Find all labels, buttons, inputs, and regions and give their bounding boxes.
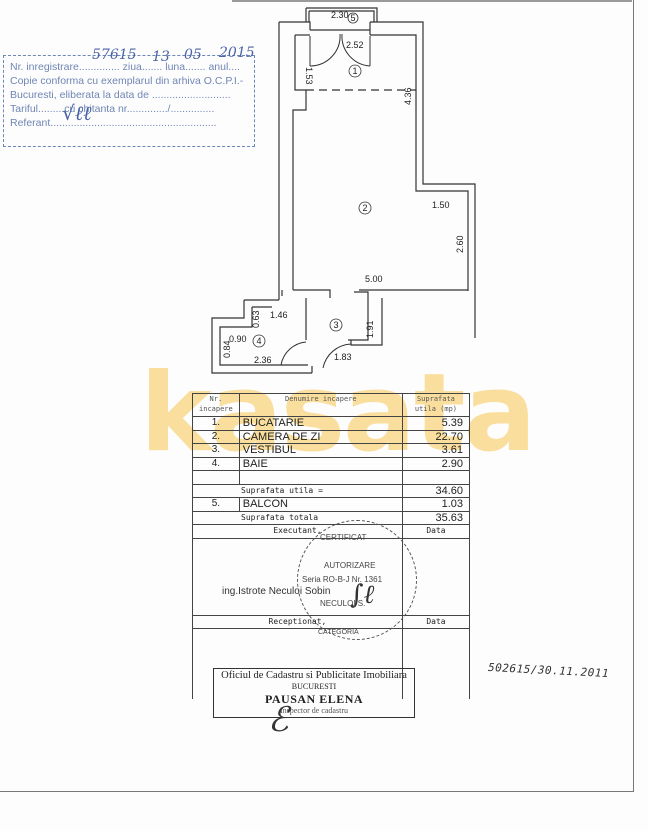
- row-area: 5.39: [402, 417, 469, 431]
- dim-niche-depth: 2.60: [455, 235, 465, 253]
- dim-vestibul-depth: 1.91: [365, 320, 375, 338]
- dim-vestibul-width: 1.83: [334, 352, 352, 362]
- row-nr: 3.: [193, 444, 240, 458]
- row-nr: 2.: [193, 430, 240, 444]
- table-row: 2. CAMERA DE ZI 22.70: [193, 430, 470, 444]
- useful-area-value: 34.60: [402, 484, 469, 498]
- executant-signature: ∫ℓ: [350, 580, 374, 610]
- empty-cell: [402, 471, 469, 485]
- stamp-line-1: AUTORIZARE: [324, 561, 375, 570]
- ocpi-signature: ℰ: [268, 700, 289, 740]
- room-number-3: 3: [333, 320, 338, 330]
- row-area: 22.70: [402, 430, 469, 444]
- dim-living-depth: 4.36: [403, 87, 413, 105]
- dimension-labels: 2.30 2.52 1.53 4.36 1.50 2.60 5.00 1.91 …: [222, 10, 465, 365]
- room-number-5: 5: [350, 13, 355, 23]
- dim-bath-step: 0.63: [251, 310, 261, 328]
- ocpi-inspector-name: PAUSAN ELENA: [214, 692, 414, 706]
- dim-bath-width: 2.36: [254, 355, 272, 365]
- receptionat-date-label: Data: [402, 615, 469, 629]
- dim-niche-width: 1.50: [432, 200, 450, 210]
- executant-date-label: Data: [402, 525, 469, 539]
- ocpi-city: BUCURESTI: [214, 682, 414, 692]
- useful-area-label: Suprafata utila =: [193, 484, 403, 498]
- row-name: VESTIBUL: [239, 444, 402, 458]
- total-area-value: 35.63: [402, 511, 469, 525]
- reference-number: 502615/30.11.2011: [488, 661, 610, 680]
- dim-kitchen-width: 2.52: [346, 40, 364, 50]
- row-area: 2.90: [402, 457, 469, 471]
- dim-living-width: 5.00: [365, 274, 383, 284]
- row-name: CAMERA DE ZI: [239, 430, 402, 444]
- header-area: Suprafata utila (mp): [402, 394, 469, 417]
- dim-bath-top: 1.46: [270, 310, 288, 320]
- row-name: BUCATARIE: [239, 417, 402, 431]
- row-nr: 1.: [193, 417, 240, 431]
- row-nr: 4.: [193, 457, 240, 471]
- row-area: 3.61: [402, 444, 469, 458]
- ocpi-inspector-title: Inspector de cadastru: [214, 706, 414, 715]
- balcony-name: BALCON: [239, 498, 402, 512]
- stamp-top: CERTIFICAT: [320, 533, 366, 542]
- total-area-row: Suprafata totala 35.63: [193, 511, 470, 525]
- table-row: 3. VESTIBUL 3.61: [193, 444, 470, 458]
- balcony-area: 1.03: [402, 498, 469, 512]
- dim-balcony-width: 2.30: [331, 10, 349, 20]
- row-name: BAIE: [239, 457, 402, 471]
- table-row: 1. BUCATARIE 5.39: [193, 417, 470, 431]
- table-row-empty: [193, 471, 470, 485]
- empty-cell: [193, 471, 240, 485]
- stamp-category: CATEGORIA: [318, 629, 359, 636]
- table-row: 4. BAIE 2.90: [193, 457, 470, 471]
- useful-area-row: Suprafata utila = 34.60: [193, 484, 470, 498]
- room-number-1: 1: [352, 66, 357, 76]
- ocpi-office: Oficiul de Cadastru si Publicitate Imobi…: [214, 670, 414, 682]
- room-number-4: 4: [256, 336, 261, 346]
- floor-plan: 5 1 2 3 4 2.30 2.52 1.53 4.36 1.50 2.60 …: [0, 0, 648, 400]
- room-number-2: 2: [362, 203, 367, 213]
- dim-kitchen-depth: 1.53: [304, 67, 314, 85]
- page-border-bottom: [0, 791, 634, 792]
- ocpi-stamp: Oficiul de Cadastru si Publicitate Imobi…: [213, 668, 415, 718]
- empty-cell: [239, 471, 402, 485]
- header-nr: Nr. incapere: [193, 394, 240, 417]
- balcony-row: 5. BALCON 1.03: [193, 498, 470, 512]
- dim-bath-inner: 0.90: [229, 334, 247, 344]
- balcony-nr: 5.: [193, 498, 240, 512]
- header-name: Denumire incapere: [239, 394, 402, 417]
- room-labels: 5 1 2 3 4: [253, 13, 371, 347]
- table-header: Nr. incapere Denumire incapere Suprafata…: [193, 394, 470, 417]
